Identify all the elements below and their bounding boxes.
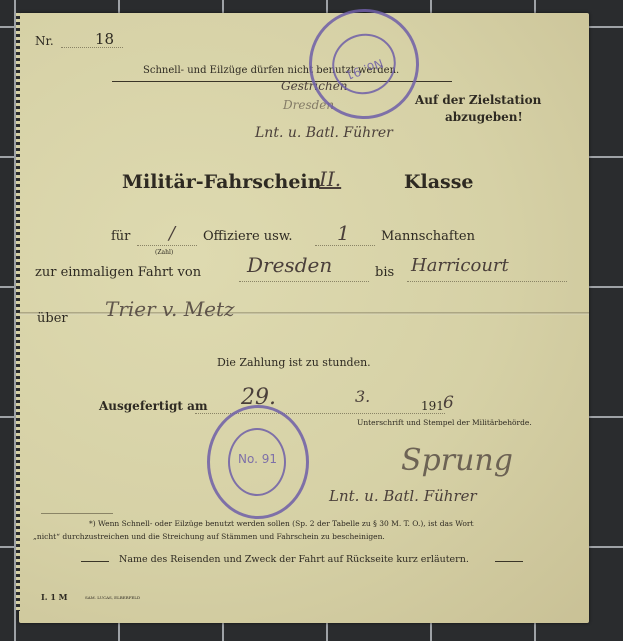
deliver-note-2: abzugeben! (445, 110, 523, 124)
class-value: II. (319, 167, 341, 191)
nr-label: Nr. (35, 34, 54, 48)
battalion-stamp-bottom: No. 91 (207, 405, 309, 519)
footnote-line-1: *) Wenn Schnell- oder Eilzüge benutzt we… (89, 519, 474, 528)
from-value: Dresden (247, 253, 332, 277)
signature-title: Lnt. u. Batl. Führer (329, 487, 477, 505)
officers-label: Offiziere usw. (203, 229, 293, 244)
zahl-label: (Zahl) (155, 249, 173, 256)
signature: Sprung (401, 443, 513, 478)
bis-label: bis (375, 265, 394, 280)
footnote-line-2: „nicht“ durchzustreichen und die Streich… (33, 532, 385, 541)
form-code: I. 1 M (41, 592, 68, 602)
back-note-dash-right (495, 561, 523, 562)
officers-value: / (169, 223, 175, 244)
deliver-note-1: Auf der Zielstation (415, 93, 541, 107)
stamp-bottom-number: No. 91 (238, 452, 277, 466)
signature-caption: Unterschrift und Stempel der Militärbehö… (357, 418, 532, 427)
payment-note: Die Zahlung ist zu stunden. (217, 356, 371, 369)
men-value: 1 (337, 221, 350, 245)
men-line (315, 245, 375, 246)
men-label: Mannschaften (381, 229, 475, 244)
issued-label: Ausgefertigt am (99, 399, 208, 413)
title-right: Klasse (404, 171, 474, 193)
issued-month: 3. (355, 387, 370, 406)
battalion-stamp-top: No. 91 (294, 0, 435, 134)
title-left: Militär-Fahrschein (122, 171, 321, 193)
from-line (239, 281, 369, 282)
to-line (407, 281, 567, 282)
printer-mark: SAM. LUCAS, ELBERFELD (85, 595, 140, 600)
back-note: Name des Reisenden und Zweck der Fahrt a… (119, 554, 469, 565)
via-label: über (37, 311, 68, 326)
issued-year-handwritten: 6 (443, 393, 454, 413)
handwritten-note-3: Lnt. u. Batl. Führer (255, 125, 393, 141)
fuer-label: für (111, 229, 130, 244)
issued-year-printed: 191 (421, 399, 444, 413)
journey-label: zur einmaligen Fahrt von (35, 265, 201, 280)
nr-value: 18 (95, 30, 114, 48)
to-value: Harricourt (411, 255, 509, 276)
footnote-rule (41, 513, 113, 514)
nr-line (61, 47, 123, 48)
officers-line (137, 245, 197, 246)
via-value: Trier v. Metz (105, 297, 235, 321)
back-note-dash-left (81, 561, 109, 562)
military-ticket-document: Nr. 18 Schnell- und Eilzüge dürfen nicht… (19, 13, 589, 623)
